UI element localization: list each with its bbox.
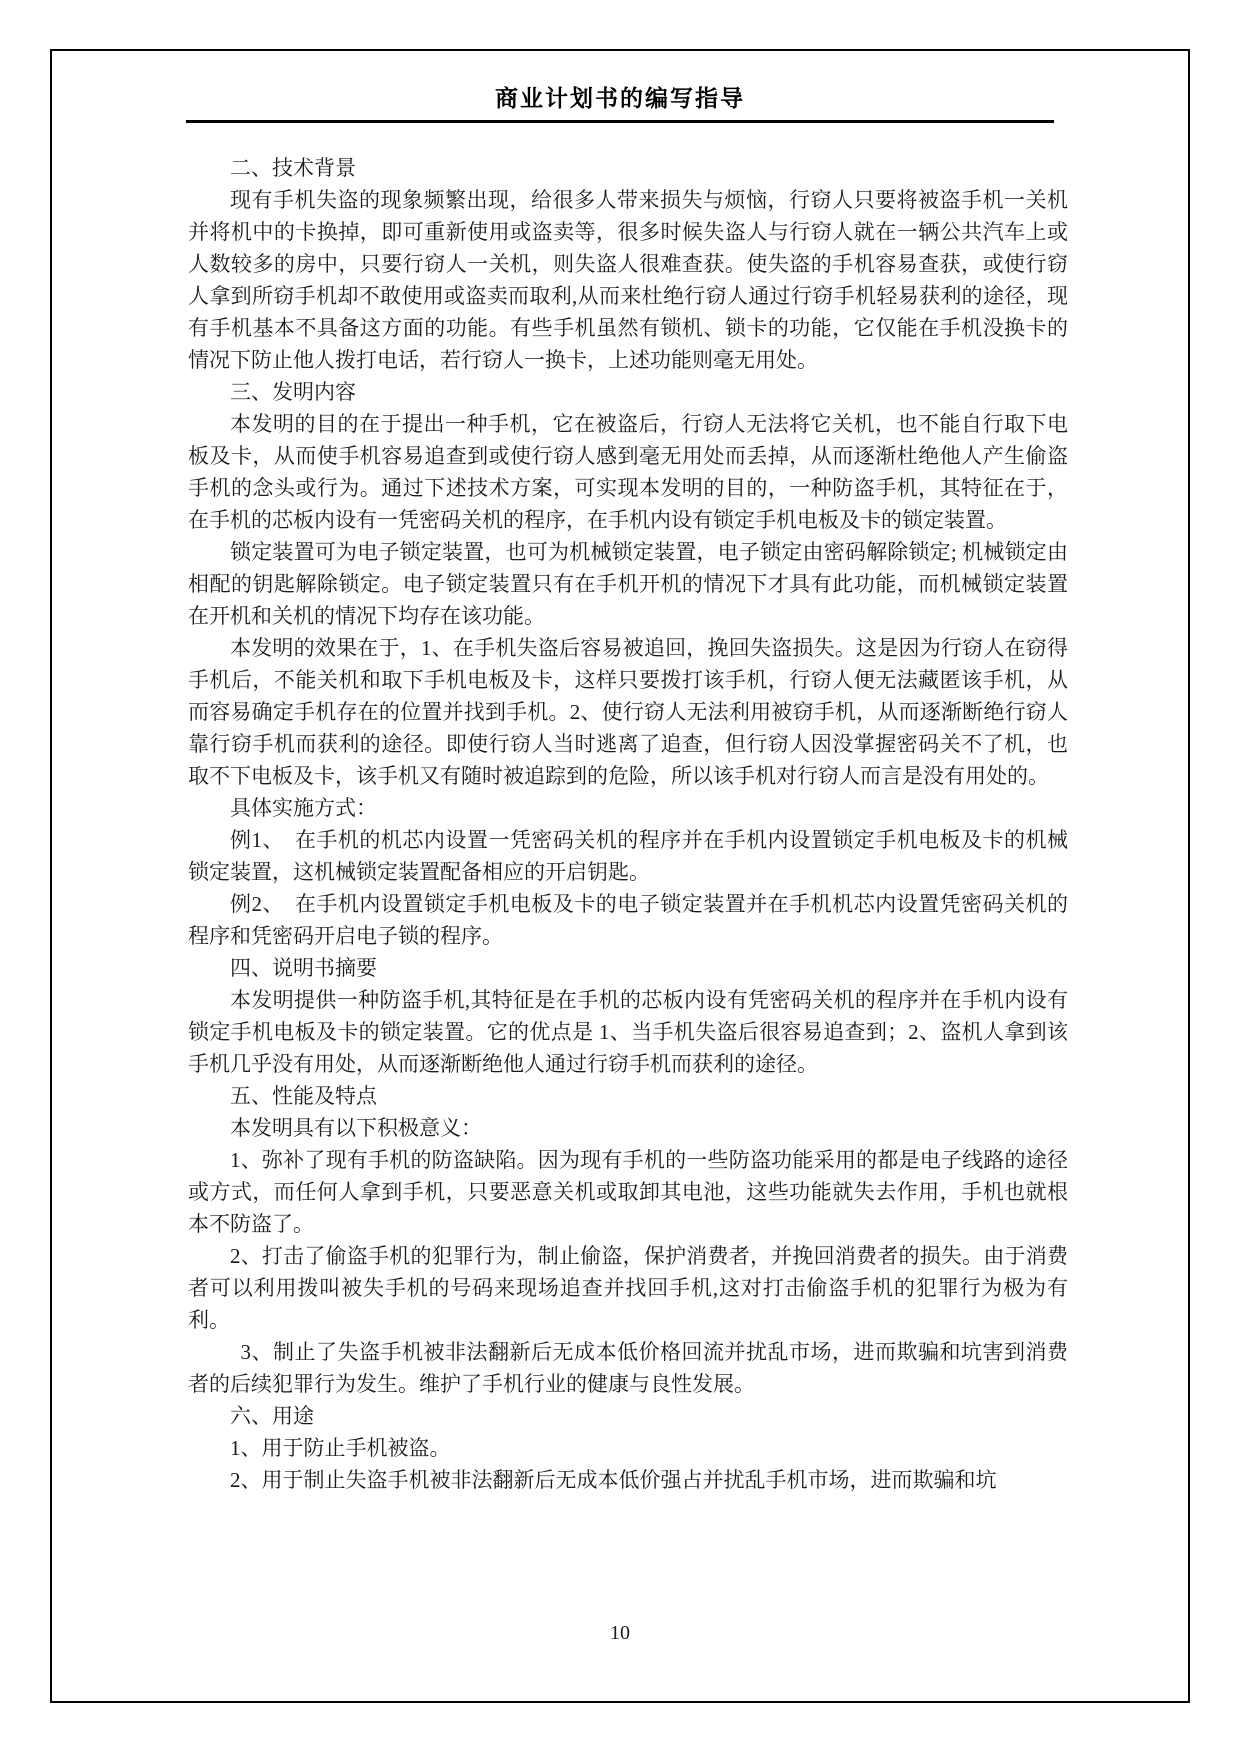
- paragraph: 3、制止了失盗手机被非法翻新后无成本低价格回流并扰乱市场，进而欺骗和坑害到消费者…: [188, 1336, 1068, 1400]
- section-heading: 三、发明内容: [188, 376, 1068, 408]
- page-title: 商业计划书的编写指导: [52, 84, 1188, 112]
- paragraph: 本发明具有以下积极意义：: [188, 1112, 1068, 1144]
- paragraph: 本发明的目的在于提出一种手机，它在被盗后，行窃人无法将它关机，也不能自行取下电板…: [188, 408, 1068, 536]
- section-heading: 四、说明书摘要: [188, 952, 1068, 984]
- paragraph: 具体实施方式：: [188, 792, 1068, 824]
- paragraph: 锁定装置可为电子锁定装置，也可为机械锁定装置，电子锁定由密码解除锁定; 机械锁定…: [188, 536, 1068, 632]
- page-border: 商业计划书的编写指导 二、技术背景现有手机失盗的现象频繁出现，给很多人带来损失与…: [50, 49, 1190, 1703]
- paragraph: 例2、 在手机内设置锁定手机电板及卡的电子锁定装置并在手机机芯内设置凭密码关机的…: [188, 888, 1068, 952]
- document-page: 商业计划书的编写指导 二、技术背景现有手机失盗的现象频繁出现，给很多人带来损失与…: [0, 0, 1241, 1754]
- page-number: 10: [610, 1622, 630, 1644]
- page-footer: 10: [52, 1622, 1188, 1645]
- paragraph: 1、弥补了现有手机的防盗缺陷。因为现有手机的一些防盗功能采用的都是电子线路的途径…: [188, 1144, 1068, 1240]
- paragraph: 本发明提供一种防盗手机,其特征是在手机的芯板内设有凭密码关机的程序并在手机内设有…: [188, 984, 1068, 1080]
- section-heading: 六、用途: [188, 1400, 1068, 1432]
- paragraph: 例1、 在手机的机芯内设置一凭密码关机的程序并在手机内设置锁定手机电板及卡的机械…: [188, 824, 1068, 888]
- header-divider: [186, 120, 1054, 123]
- section-heading: 二、技术背景: [188, 152, 1068, 184]
- paragraph: 1、用于防止手机被盗。: [188, 1432, 1068, 1464]
- paragraph: 2、打击了偷盗手机的犯罪行为，制止偷盗，保护消费者，并挽回消费者的损失。由于消费…: [188, 1240, 1068, 1336]
- paragraph: 本发明的效果在于，1、在手机失盗后容易被追回，挽回失盗损失。这是因为行窃人在窃得…: [188, 632, 1068, 792]
- page-header: 商业计划书的编写指导: [52, 51, 1188, 123]
- paragraph: 2、用于制止失盗手机被非法翻新后无成本低价强占并扰乱手机市场，进而欺骗和坑: [188, 1464, 1068, 1496]
- section-heading: 五、性能及特点: [188, 1080, 1068, 1112]
- document-body: 二、技术背景现有手机失盗的现象频繁出现，给很多人带来损失与烦恼，行窃人只要将被盗…: [188, 152, 1068, 1496]
- paragraph: 现有手机失盗的现象频繁出现，给很多人带来损失与烦恼，行窃人只要将被盗手机一关机并…: [188, 184, 1068, 376]
